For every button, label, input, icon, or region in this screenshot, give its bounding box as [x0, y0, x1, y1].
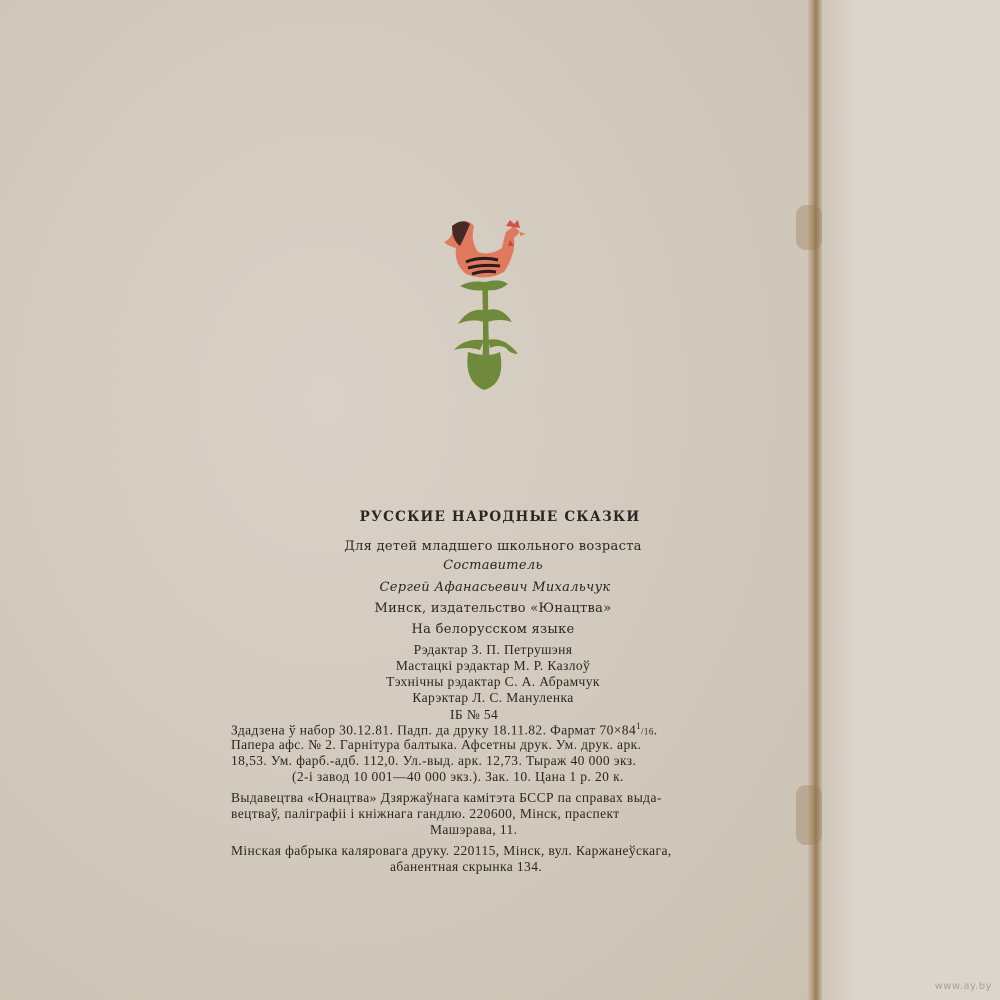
credit-tech-editor: Тэхнічны рэдактар С. А. Абрамчук	[0, 674, 986, 690]
print-detail-line: Папера афс. № 2. Гарнітура балтыка. Афсе…	[231, 737, 641, 753]
print-detail-line: Здадзена ў набор 30.12.81. Падп. да друк…	[231, 721, 658, 739]
publisher-address-line: Выдавецтва «Юнацтва» Дзяржаўнага камітэт…	[231, 790, 662, 806]
printer-address-line: Мінская фабрыка каляровага друку. 220115…	[231, 843, 672, 859]
print-detail-line: 18,53. Ум. фарб.-адб. 112,0. Ул.-выд. ар…	[231, 753, 636, 769]
credit-proofreader: Карэктар Л. С. Мануленка	[0, 690, 986, 706]
publisher-address-line: вецтваў, паліграфіі і кніжнага гандлю. 2…	[231, 806, 620, 822]
audience-line: Для детей младшего школьного возраста	[0, 539, 986, 554]
page-stain	[796, 205, 822, 250]
book-title: РУССКИЕ НАРОДНЫЕ СКАЗКИ	[0, 509, 1000, 525]
print-detail-line: (2-і завод 10 001—40 000 экз.). Зак. 10.…	[292, 769, 624, 785]
credit-editor: Рэдактар З. П. Петрушэня	[0, 642, 986, 658]
rooster-on-plant-icon	[440, 212, 530, 397]
page-stain	[796, 785, 822, 845]
right-page	[822, 0, 1000, 1000]
language-note: На белорусском языке	[0, 622, 986, 637]
publisher-address-line: Машэрава, 11.	[430, 822, 517, 838]
watermark: www.ay.by	[935, 981, 992, 992]
compiler-label: Составитель	[0, 558, 986, 573]
compiler-name: Сергей Афанасьевич Михальчук	[0, 580, 990, 595]
publisher-line: Минск, издательство «Юнацтва»	[0, 601, 986, 616]
book-gutter	[808, 0, 822, 1000]
printer-address-line: абанентная скрынка 134.	[390, 859, 542, 875]
credit-art-editor: Мастацкі рэдактар М. Р. Казлоў	[0, 658, 986, 674]
